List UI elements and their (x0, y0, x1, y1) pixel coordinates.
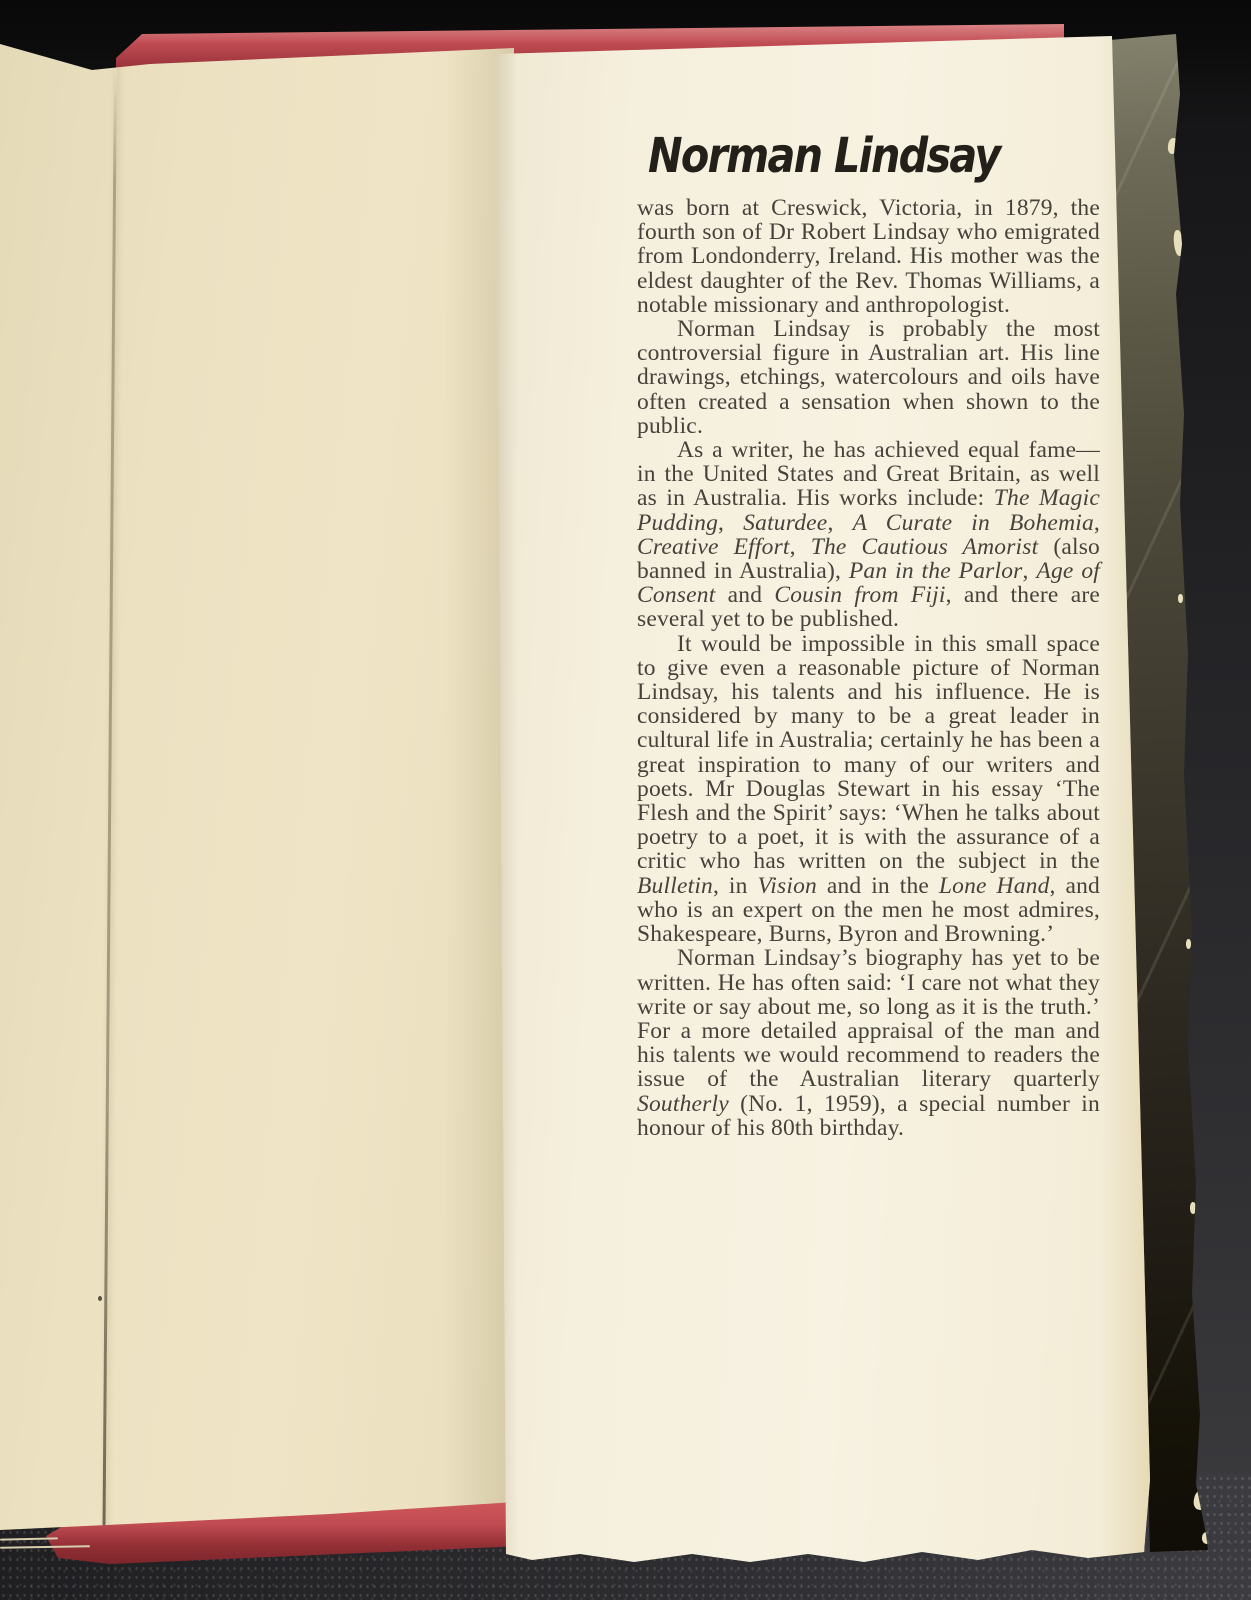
text-run: It would be impossible in this small spa… (637, 631, 1100, 875)
paper-chip (1186, 939, 1191, 949)
endpaper-page (0, 36, 514, 1530)
flap-paragraph: was born at Creswick, Victoria, in 1879,… (637, 196, 1100, 317)
text-run: , (1094, 510, 1100, 536)
book-title-italic: Southerly (637, 1091, 729, 1117)
book-title-italic: Lone Hand (939, 873, 1050, 899)
flap-paragraph: Norman Lindsay is probably the most cont… (637, 317, 1100, 438)
text-run: , in (713, 873, 757, 899)
book-title-italic: Saturdee (743, 510, 827, 536)
text-run: Norman Lindsay’s biography has yet to be… (637, 945, 1100, 1092)
flap-paragraph: It would be impossible in this small spa… (637, 632, 1100, 947)
text-run: Norman Lindsay is probably the most cont… (637, 316, 1100, 439)
book-title-italic: Bulletin (637, 873, 713, 899)
flap-biography-text: was born at Creswick, Victoria, in 1879,… (637, 196, 1100, 1140)
text-run: , (1023, 558, 1037, 584)
book-title-italic: The Cautious Amorist (811, 534, 1039, 560)
book-title-italic: Pan in the Parlor (849, 558, 1023, 584)
text-run: , (790, 534, 811, 560)
text-run: and (715, 582, 774, 608)
paper-speck (98, 1296, 102, 1301)
book-photo-scene: Norman Lindsay was born at Creswick, Vic… (0, 0, 1251, 1600)
paper-chip (1178, 594, 1183, 603)
dust-jacket-front-flap: Norman Lindsay was born at Creswick, Vic… (492, 28, 1154, 1573)
text-run: , (827, 510, 852, 536)
flap-paragraph: Norman Lindsay’s biography has yet to be… (637, 946, 1100, 1140)
book-title-italic: Creative Effort (637, 534, 790, 560)
book-title-italic: Cousin from Fiji (774, 582, 945, 608)
gutter-crease (103, 64, 117, 1526)
text-run: , (718, 510, 743, 536)
text-run: was born at Creswick, Victoria, in 1879,… (637, 195, 1100, 318)
book-title-italic: A Curate in Bohemia (853, 510, 1094, 536)
flap-title: Norman Lindsay (648, 128, 999, 184)
text-run: and in the (817, 873, 939, 899)
flap-paragraph: As a writer, he has achieved equal fame—… (637, 438, 1100, 632)
book-title-italic: Vision (757, 873, 817, 899)
